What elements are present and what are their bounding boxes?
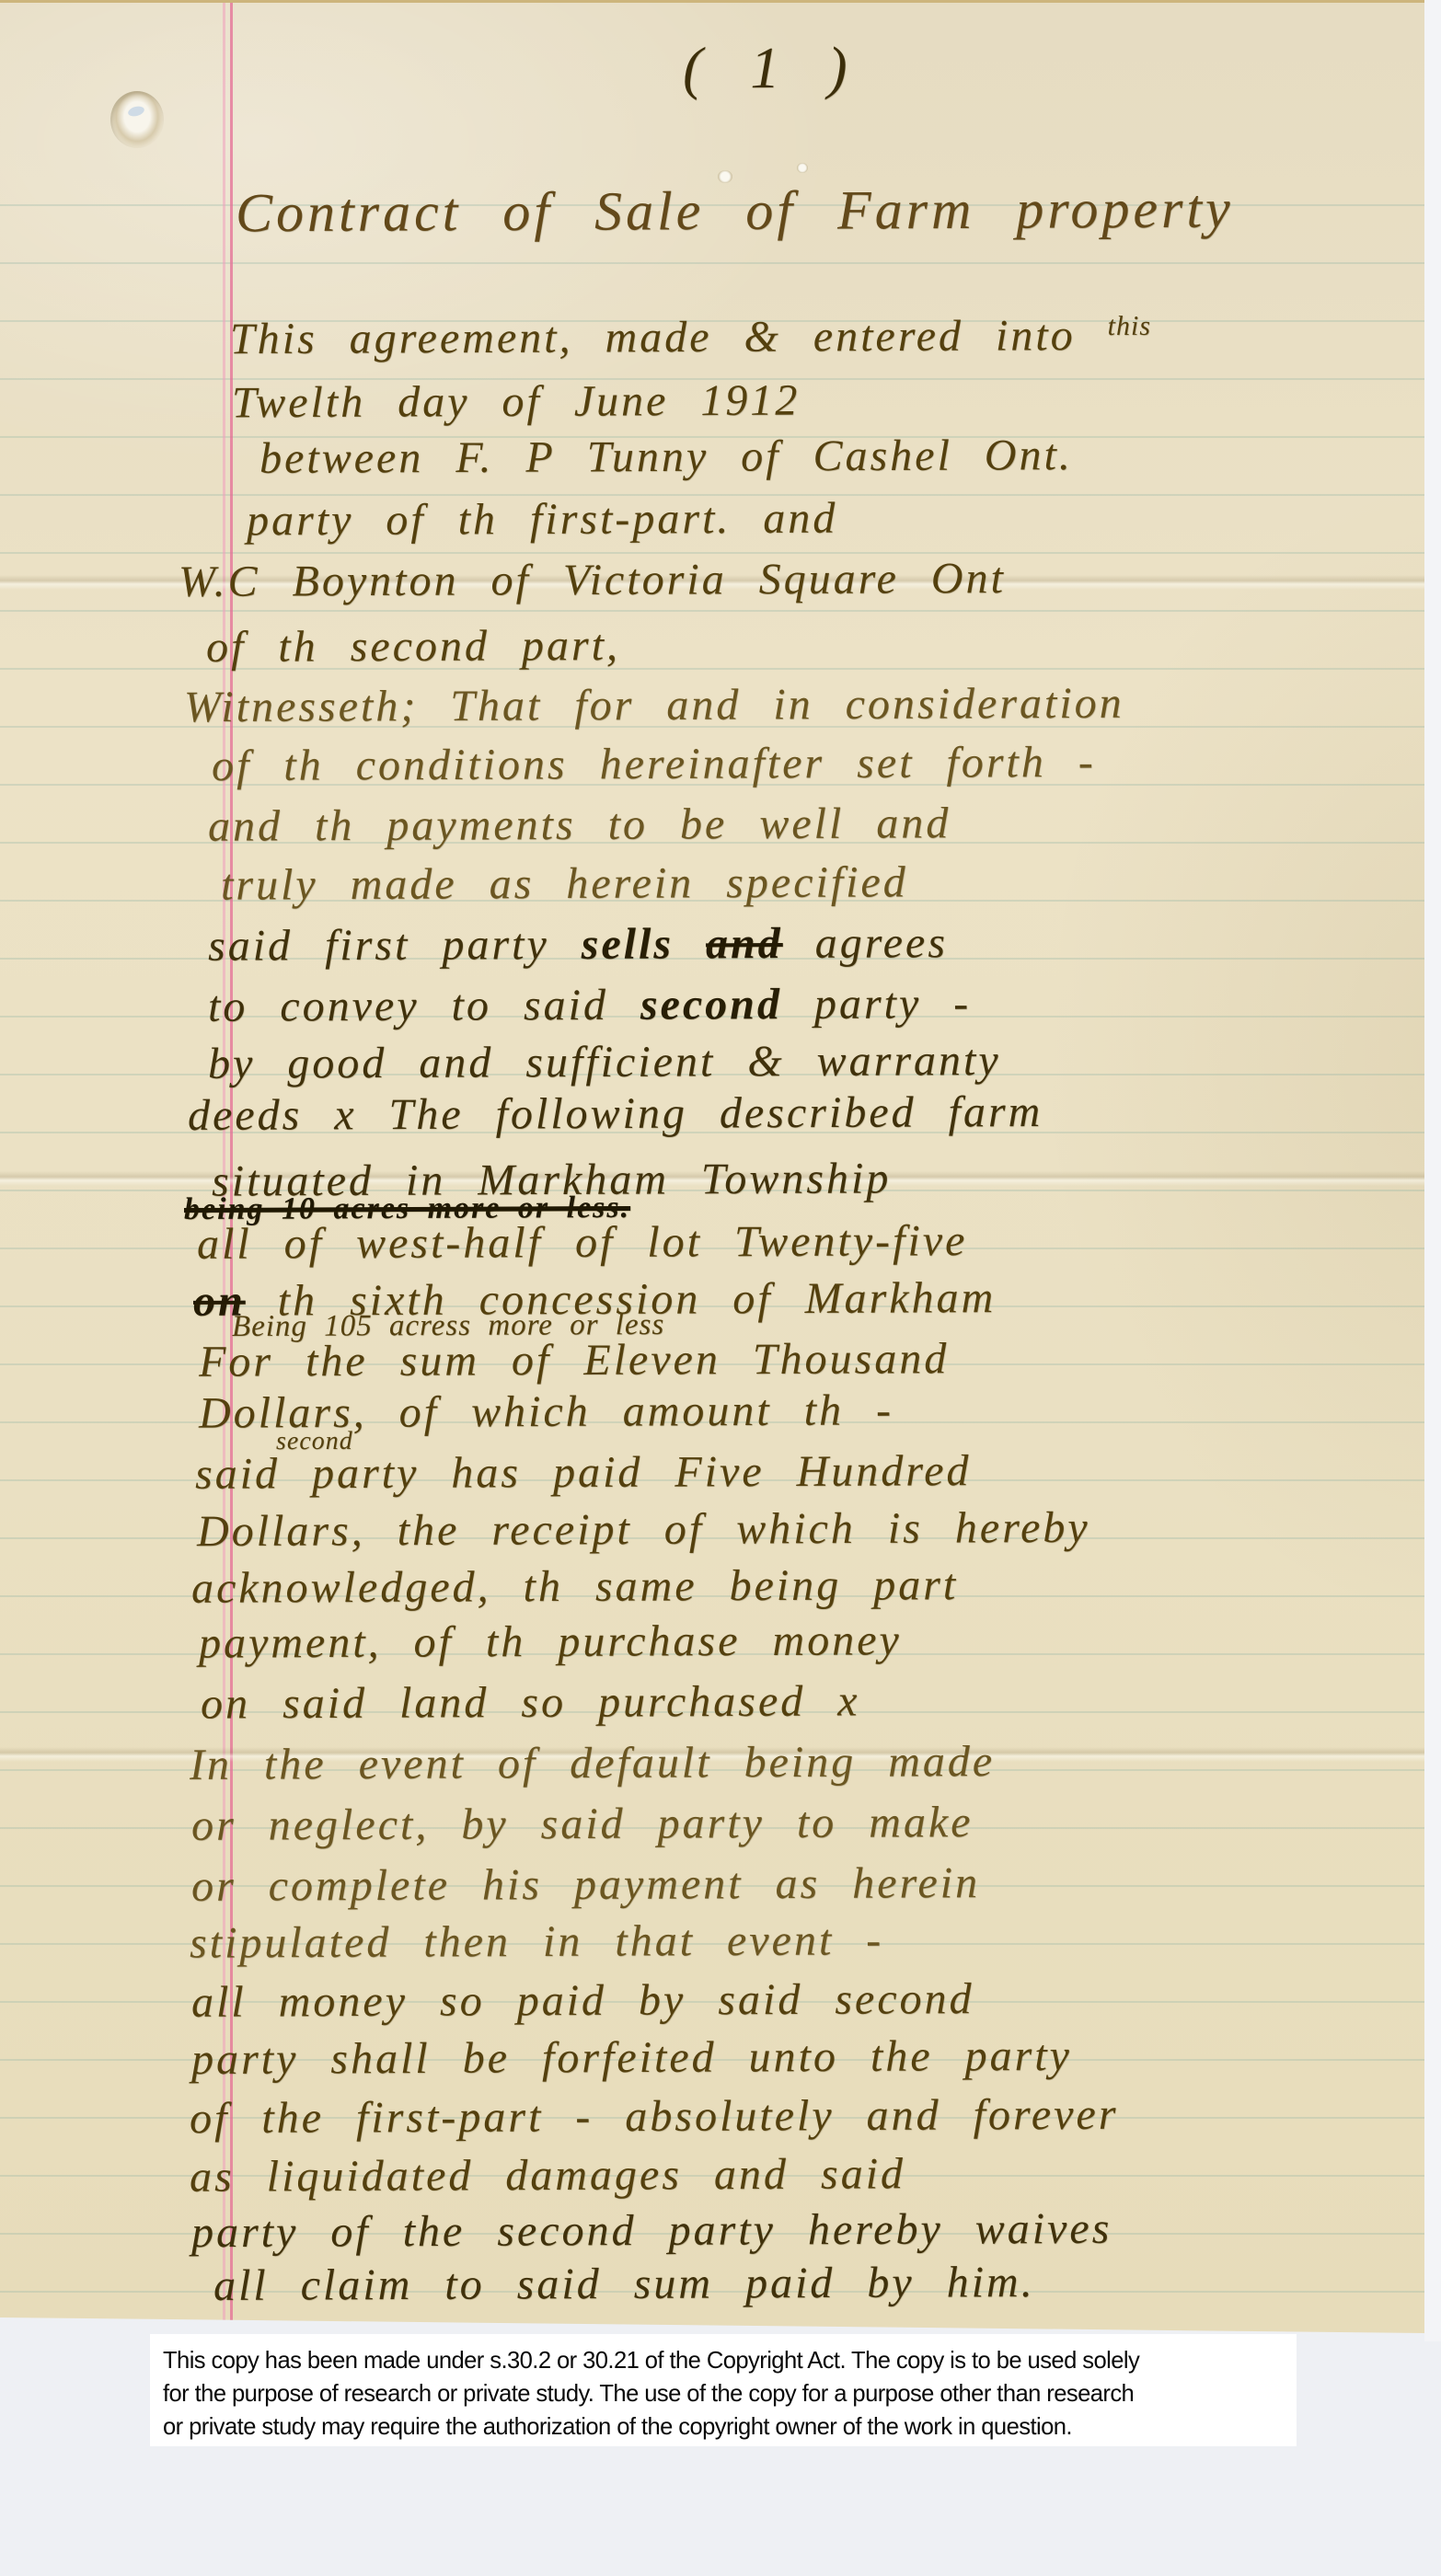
handwriting-line: In the event of default being made <box>190 1739 995 1788</box>
scanner-bed-right-strip <box>1424 0 1441 2341</box>
handwriting-line: all money so paid by said second <box>191 1976 974 2026</box>
handwriting-line: party of the second party hereby waives <box>191 2206 1112 2257</box>
handwriting-line: to convey to said second party - <box>208 981 971 1030</box>
line-text: This agreement, made & entered into <box>230 311 1076 363</box>
handwriting-line: This agreement, made & entered into this <box>230 313 1151 363</box>
document-title: Contract of Sale of Farm property <box>236 180 1234 243</box>
handwriting-line: stipulated then in that event - <box>190 1917 883 1967</box>
handwriting-line: Dollars, the receipt of which is hereby <box>197 1505 1090 1556</box>
handwriting-line: said party has paid Five Hundred <box>195 1448 972 1498</box>
handwriting-line: party shall be forfeited unto the party <box>191 2033 1072 2084</box>
copyright-notice: This copy has been made under s.30.2 or … <box>150 2334 1297 2446</box>
line-text: said first party <box>208 920 549 971</box>
handwriting-line: all of west-half of lot Twenty-five <box>197 1218 968 1268</box>
handwriting-line: Witnesseth; That for and in consideratio… <box>184 681 1124 731</box>
notice-line-1: This copy has been made under s.30.2 or … <box>163 2343 1280 2376</box>
scanned-document-page: ( 1 ) Contract of Sale of Farm property … <box>0 0 1441 2576</box>
notice-line-2: for the purpose of research or private s… <box>163 2376 1280 2409</box>
handwriting-line: payment, of th purchase money <box>199 1617 902 1667</box>
overwritten-word: second <box>640 980 782 1029</box>
handwriting-line: by good and sufficient & warranty <box>208 1038 1001 1087</box>
notice-line-3: or private study may require the authori… <box>163 2409 1280 2443</box>
paper-hole <box>110 91 164 148</box>
handwriting-line: of th second part, <box>206 623 620 671</box>
handwriting-line: W.C Boynton of Victoria Square Ont <box>179 556 1006 605</box>
handwriting-line: of the first-part - absolutely and forev… <box>190 2092 1119 2143</box>
overwritten-word: sells <box>582 920 674 969</box>
superscript-this: this <box>1108 311 1152 341</box>
handwriting-line: on said land so purchased x <box>201 1678 860 1728</box>
handwriting-line: as liquidated damages and said <box>190 2151 905 2201</box>
handwriting-line: deeds x The following described farm <box>188 1089 1043 1139</box>
handwriting-line: or complete his payment as herein <box>191 1860 980 1910</box>
handwriting-line: between F. P Tunny of Cashel Ont. <box>259 432 1073 482</box>
handwriting-line: truly made as herein specified <box>221 859 908 909</box>
handwriting-line: For the sum of Eleven Thousand <box>199 1336 949 1386</box>
handwriting-line: said first party sells and agrees <box>208 920 948 970</box>
line-text: to convey to said <box>208 981 608 1031</box>
handwriting-line: all claim to said sum paid by him. <box>213 2260 1035 2309</box>
handwriting-line: party of th first-part. and <box>247 496 838 545</box>
struck-word: and <box>706 919 783 968</box>
paper-hole-glint <box>127 105 145 118</box>
page-number: ( 1 ) <box>683 37 855 99</box>
line-text: party - <box>814 979 972 1029</box>
handwriting-line: of th conditions hereinafter set forth - <box>212 740 1096 790</box>
handwriting-line: acknowledged, th same being part <box>191 1562 958 1612</box>
handwriting-line: and th payments to be well and <box>208 800 951 850</box>
line-text: agrees <box>815 918 948 968</box>
handwriting-line: Twelth day of June 1912 <box>232 378 801 427</box>
handwriting-line: or neglect, by said party to make <box>191 1800 974 1849</box>
paper-speck <box>797 163 808 173</box>
